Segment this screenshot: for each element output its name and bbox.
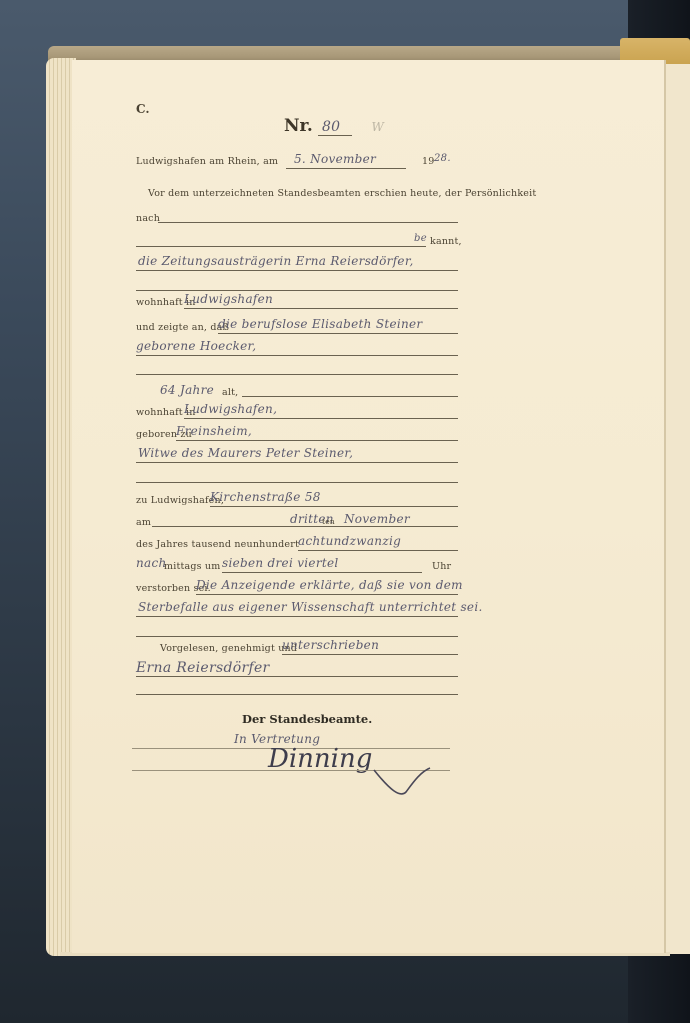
informant-residence-value: Ludwigshafen bbox=[184, 292, 273, 306]
death-place: Kirchenstraße 58 bbox=[210, 490, 321, 504]
year-words: achtundzwanzig bbox=[298, 534, 401, 548]
date-handwritten: 5. November bbox=[294, 152, 376, 166]
deceased-name-line2: geborene Hoecker, bbox=[136, 339, 256, 353]
time-prefix: nach bbox=[136, 556, 167, 570]
age-value: 64 Jahre bbox=[160, 383, 214, 397]
informant-description: die Zeitungsausträgerin Erna Reiersdörfe… bbox=[138, 254, 414, 268]
read-handwritten: unterschrieben bbox=[282, 638, 379, 652]
intro-text: Vor dem unterzeichneten Standesbeamten e… bbox=[148, 188, 536, 199]
informant-signature: Erna Reiersdörfer bbox=[136, 660, 270, 676]
time-label: mittags um bbox=[164, 561, 220, 572]
record-number-annotation: W bbox=[371, 120, 384, 134]
deceased-residence: Ludwigshafen, bbox=[184, 402, 277, 416]
known-suffix-handwritten: be bbox=[414, 233, 427, 244]
spouse-line: Witwe des Maurers Peter Steiner, bbox=[138, 446, 353, 460]
read-label: Vorgelesen, genehmigt und bbox=[160, 643, 297, 654]
register-page: C. Nr. 80 W Ludwigshafen am Rhein, am 5.… bbox=[72, 60, 666, 953]
death-day-suffix: ten bbox=[322, 517, 335, 526]
year-suffix: 28. bbox=[434, 153, 451, 164]
am-label: am bbox=[136, 517, 151, 528]
year-label: des Jahres tausend neunhundert bbox=[136, 539, 299, 550]
known-suffix-printed: kannt, bbox=[430, 236, 462, 247]
death-month: November bbox=[344, 512, 410, 526]
nach-label: nach bbox=[136, 213, 160, 224]
form-letter: C. bbox=[136, 102, 150, 116]
signature-flourish-icon bbox=[372, 762, 432, 802]
record-number: Nr. 80 W bbox=[284, 116, 384, 136]
year-prefix: 19 bbox=[422, 156, 435, 167]
registrar-title: Der Standesbeamte. bbox=[242, 712, 372, 726]
declared-label: und zeigte an, daß bbox=[136, 322, 229, 333]
record-number-label: Nr. bbox=[284, 116, 313, 136]
deceased-name-line1: die berufslose Elisabeth Steiner bbox=[218, 317, 422, 331]
place-printed: Ludwigshafen am Rhein, am bbox=[136, 156, 278, 167]
time-words: sieben drei viertel bbox=[222, 556, 339, 570]
statement-line2: Sterbefalle aus eigener Wissenschaft unt… bbox=[138, 600, 483, 614]
uhr-label: Uhr bbox=[432, 561, 451, 572]
born-place: Freinsheim, bbox=[176, 424, 252, 438]
facing-page-edge bbox=[664, 64, 690, 954]
statement-line1: Die Anzeigende erklärte, daß sie von dem bbox=[196, 578, 463, 592]
age-label: alt, bbox=[222, 387, 238, 398]
record-number-value: 80 bbox=[318, 119, 352, 136]
